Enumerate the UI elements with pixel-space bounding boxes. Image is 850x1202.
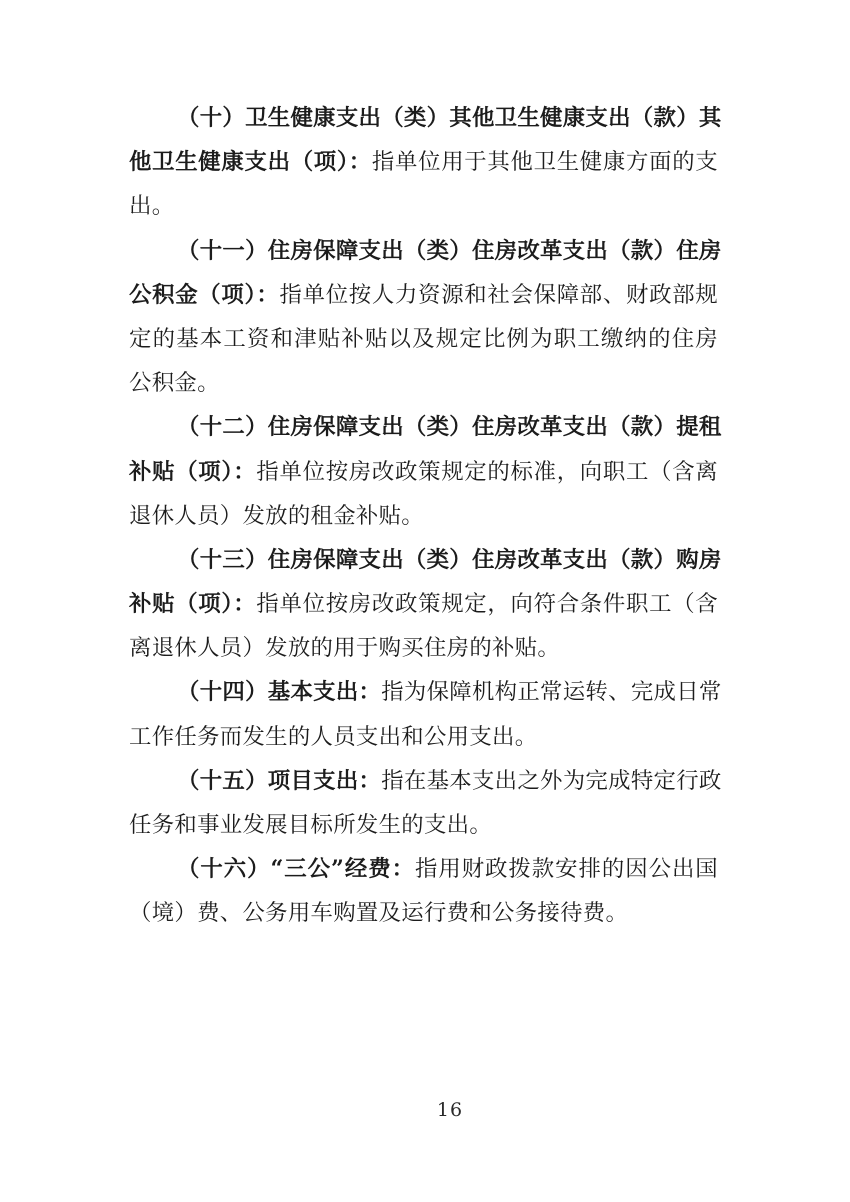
paragraph: （十三）住房保障支出（类）住房改革支出（款）购房补贴（项）：指单位按房改政策规定…: [129, 538, 718, 671]
term-label: 公积金（项）：: [129, 282, 280, 308]
text-line: （十六）“三公”经费：指用财政拨款安排的因公出国: [129, 847, 718, 891]
definition-text: 指单位按房改政策规定，向符合条件职工（含: [256, 591, 718, 617]
text-line: 补贴（项）：指单位按房改政策规定，向符合条件职工（含: [129, 582, 718, 626]
definition-text: 指在基本支出之外为完成特定行政: [381, 768, 721, 794]
definition-text: 出。: [129, 193, 174, 219]
paragraph: （十五）项目支出：指在基本支出之外为完成特定行政任务和事业发展目标所发生的支出。: [129, 759, 718, 847]
definition-text: （境）费、公务用车购置及运行费和公务接待费。: [129, 900, 628, 926]
term-label: （十六）“三公”经费：: [177, 856, 415, 882]
text-line: （境）费、公务用车购置及运行费和公务接待费。: [129, 891, 718, 935]
definition-text: 指为保障机构正常运转、完成日常: [381, 679, 721, 705]
text-line: 离退休人员）发放的用于购买住房的补贴。: [129, 626, 718, 670]
definition-text: 公积金。: [129, 370, 220, 396]
definition-text: 离退休人员）发放的用于购买住房的补贴。: [129, 635, 560, 661]
text-line: 退休人员）发放的租金补贴。: [129, 494, 718, 538]
text-line: 公积金（项）：指单位按人力资源和社会保障部、财政部规: [129, 273, 718, 317]
text-line: （十二）住房保障支出（类）住房改革支出（款）提租: [129, 405, 718, 449]
text-line: （十三）住房保障支出（类）住房改革支出（款）购房: [129, 538, 718, 582]
definition-text: 指用财政拨款安排的因公出国: [415, 856, 718, 882]
paragraph: （十一）住房保障支出（类）住房改革支出（款）住房公积金（项）：指单位按人力资源和…: [129, 229, 718, 406]
term-label: 补贴（项）：: [129, 459, 256, 485]
definition-text: 任务和事业发展目标所发生的支出。: [129, 812, 492, 838]
text-line: （十一）住房保障支出（类）住房改革支出（款）住房: [129, 229, 718, 273]
definition-text: 指单位按房改政策规定的标准，向职工（含离: [256, 459, 718, 485]
paragraph: （十）卫生健康支出（类）其他卫生健康支出（款）其他卫生健康支出（项）：指单位用于…: [129, 96, 718, 229]
text-line: 定的基本工资和津贴补贴以及规定比例为职工缴纳的住房: [129, 317, 718, 361]
term-label: （十二）住房保障支出（类）住房改革支出（款）提租: [177, 414, 722, 440]
definition-text: 工作任务而发生的人员支出和公用支出。: [129, 724, 537, 750]
definition-text: 指单位按人力资源和社会保障部、财政部规: [280, 282, 719, 308]
text-line: 出。: [129, 184, 718, 228]
paragraph: （十二）住房保障支出（类）住房改革支出（款）提租补贴（项）：指单位按房改政策规定…: [129, 405, 718, 538]
definition-text: 指单位用于其他卫生健康方面的支: [372, 149, 718, 175]
text-line: 工作任务而发生的人员支出和公用支出。: [129, 715, 718, 759]
text-line: 补贴（项）：指单位按房改政策规定的标准，向职工（含离: [129, 450, 718, 494]
term-label: （十）卫生健康支出（类）其他卫生健康支出（款）其: [177, 105, 722, 131]
page-footer: 16: [25, 1097, 850, 1123]
document-body: （十）卫生健康支出（类）其他卫生健康支出（款）其他卫生健康支出（项）：指单位用于…: [129, 96, 718, 936]
term-label: （十五）项目支出：: [177, 768, 381, 794]
text-line: 任务和事业发展目标所发生的支出。: [129, 803, 718, 847]
term-label: （十四）基本支出：: [177, 679, 381, 705]
paragraph: （十四）基本支出：指为保障机构正常运转、完成日常工作任务而发生的人员支出和公用支…: [129, 670, 718, 758]
paragraph: （十六）“三公”经费：指用财政拨款安排的因公出国（境）费、公务用车购置及运行费和…: [129, 847, 718, 935]
text-line: （十）卫生健康支出（类）其他卫生健康支出（款）其: [129, 96, 718, 140]
document-page: （十）卫生健康支出（类）其他卫生健康支出（款）其他卫生健康支出（项）：指单位用于…: [0, 0, 850, 1202]
text-line: （十四）基本支出：指为保障机构正常运转、完成日常: [129, 670, 718, 714]
text-line: 他卫生健康支出（项）：指单位用于其他卫生健康方面的支: [129, 140, 718, 184]
term-label: 他卫生健康支出（项）：: [129, 149, 372, 175]
page-number: 16: [437, 1099, 463, 1121]
text-line: （十五）项目支出：指在基本支出之外为完成特定行政: [129, 759, 718, 803]
definition-text: 定的基本工资和津贴补贴以及规定比例为职工缴纳的住房: [129, 326, 718, 352]
term-label: 补贴（项）：: [129, 591, 256, 617]
definition-text: 退休人员）发放的租金补贴。: [129, 503, 424, 529]
text-line: 公积金。: [129, 361, 718, 405]
term-label: （十一）住房保障支出（类）住房改革支出（款）住房: [177, 238, 722, 264]
term-label: （十三）住房保障支出（类）住房改革支出（款）购房: [177, 547, 722, 573]
